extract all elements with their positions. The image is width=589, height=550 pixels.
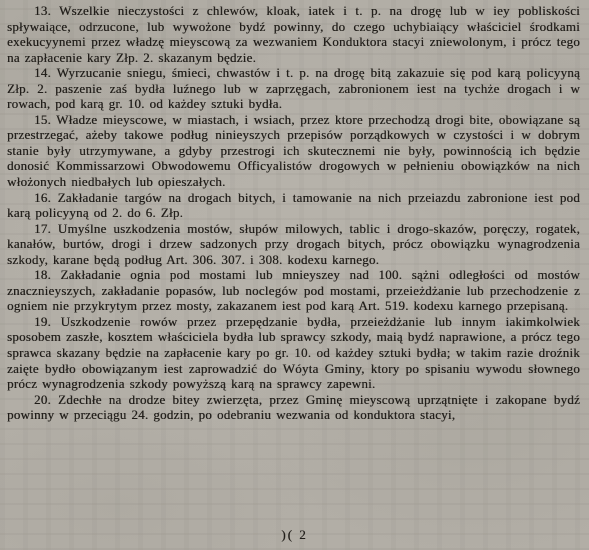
- signature-mark: )( 2: [281, 527, 307, 543]
- paragraph-18: 18. Zakładanie ognia pod mostami lub mni…: [7, 267, 580, 314]
- paragraph-16: 16. Zakładanie targów na drogach bitych,…: [7, 190, 580, 221]
- paragraph-17: 17. Umyślne uszkodzenia mostów, słupów m…: [7, 221, 580, 268]
- paragraph-15: 15. Władze mieyscowe, w miastach, i wsia…: [7, 112, 580, 190]
- document-page: 13. Wszelkie nieczystości z chlewów, klo…: [0, 0, 589, 550]
- paragraph-20: 20. Zdechłe na drodze bitey zwierzęta, p…: [7, 392, 580, 423]
- paragraph-19: 19. Uszkodzenie rowów przez przepędzanie…: [7, 314, 580, 392]
- paragraph-13: 13. Wszelkie nieczystości z chlewów, klo…: [7, 3, 580, 65]
- paragraph-14: 14. Wyrzucanie sniegu, śmieci, chwastów …: [7, 65, 580, 112]
